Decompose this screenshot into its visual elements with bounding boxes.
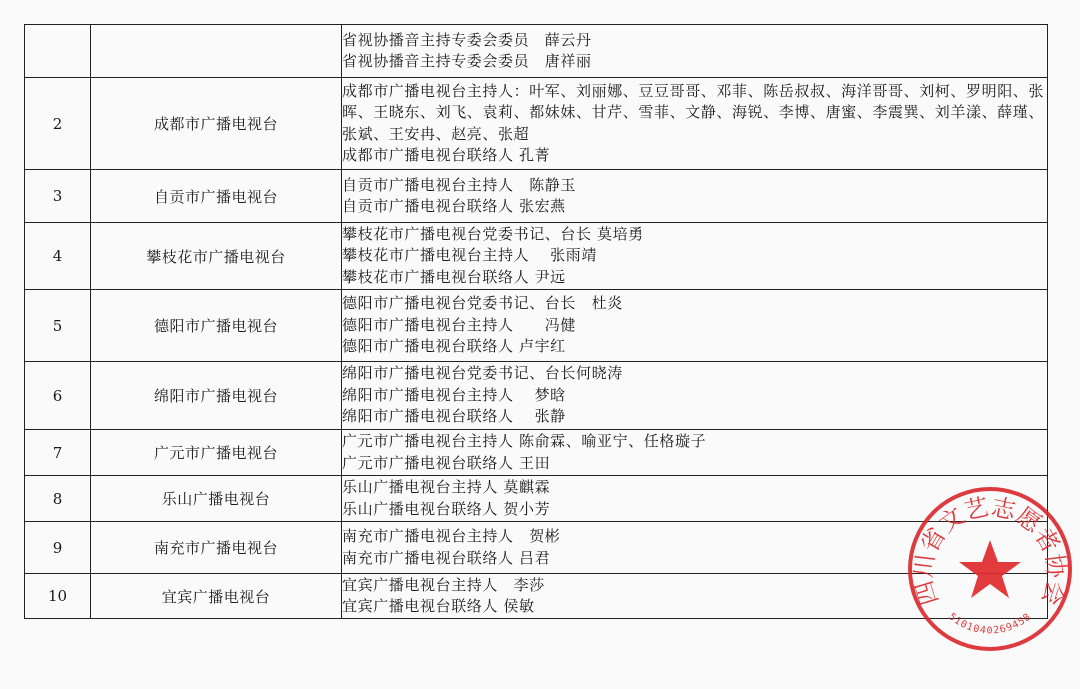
table-row: 10 宜宾广播电视台 宜宾广播电视台主持人 李莎 宜宾广播电视台联络人 侯敏 — [25, 574, 1048, 619]
detail-line: 宜宾广播电视台主持人 李莎 — [342, 575, 1047, 597]
detail-line: 自贡市广播电视台主持人 陈静玉 — [342, 175, 1047, 197]
organization-name: 绵阳市广播电视台 — [91, 362, 342, 430]
detail-line: 南充市广播电视台联络人 吕君 — [342, 548, 1047, 570]
detail-cell: 德阳市广播电视台党委书记、台长 杜炎 德阳市广播电视台主持人 冯健 德阳市广播电… — [342, 290, 1048, 362]
organization-name: 南充市广播电视台 — [91, 522, 342, 574]
detail-line: 乐山广播电视台联络人 贺小芳 — [342, 499, 1047, 521]
document-page: 省视协播音主持专委会委员 薛云丹 省视协播音主持专委会委员 唐祥丽 2 成都市广… — [0, 0, 1080, 689]
organization-name: 成都市广播电视台 — [91, 78, 342, 170]
detail-line: 绵阳市广播电视台党委书记、台长何晓涛 — [342, 363, 1047, 385]
detail-line: 省视协播音主持专委会委员 薛云丹 — [342, 30, 1047, 52]
row-number: 6 — [25, 362, 91, 430]
row-number: 4 — [25, 223, 91, 290]
table-row: 7 广元市广播电视台 广元市广播电视台主持人 陈俞霖、喻亚宁、任格璇子 广元市广… — [25, 430, 1048, 476]
detail-line: 攀枝花市广播电视台联络人 尹远 — [342, 267, 1047, 289]
organization-name: 自贡市广播电视台 — [91, 170, 342, 223]
detail-cell: 乐山广播电视台主持人 莫麒霖 乐山广播电视台联络人 贺小芳 — [342, 476, 1048, 522]
row-number: 2 — [25, 78, 91, 170]
table-row: 8 乐山广播电视台 乐山广播电视台主持人 莫麒霖 乐山广播电视台联络人 贺小芳 — [25, 476, 1048, 522]
organization-name: 德阳市广播电视台 — [91, 290, 342, 362]
table-row: 3 自贡市广播电视台 自贡市广播电视台主持人 陈静玉 自贡市广播电视台联络人 张… — [25, 170, 1048, 223]
organization-name — [91, 25, 342, 78]
detail-cell: 广元市广播电视台主持人 陈俞霖、喻亚宁、任格璇子 广元市广播电视台联络人 王田 — [342, 430, 1048, 476]
detail-line: 成都市广播电视台联络人 孔菁 — [342, 145, 1047, 167]
roster-table: 省视协播音主持专委会委员 薛云丹 省视协播音主持专委会委员 唐祥丽 2 成都市广… — [24, 24, 1048, 619]
detail-line: 宜宾广播电视台联络人 侯敏 — [342, 596, 1047, 618]
row-number — [25, 25, 91, 78]
detail-line: 绵阳市广播电视台主持人 梦晗 — [342, 385, 1047, 407]
organization-name: 攀枝花市广播电视台 — [91, 223, 342, 290]
detail-cell: 宜宾广播电视台主持人 李莎 宜宾广播电视台联络人 侯敏 — [342, 574, 1048, 619]
table-row: 4 攀枝花市广播电视台 攀枝花市广播电视台党委书记、台长 莫培勇 攀枝花市广播电… — [25, 223, 1048, 290]
row-number: 10 — [25, 574, 91, 619]
detail-cell: 省视协播音主持专委会委员 薛云丹 省视协播音主持专委会委员 唐祥丽 — [342, 25, 1048, 78]
organization-name: 广元市广播电视台 — [91, 430, 342, 476]
detail-line: 攀枝花市广播电视台党委书记、台长 莫培勇 — [342, 224, 1047, 246]
detail-cell: 攀枝花市广播电视台党委书记、台长 莫培勇 攀枝花市广播电视台主持人 张雨靖 攀枝… — [342, 223, 1048, 290]
row-number: 8 — [25, 476, 91, 522]
table-row: 5 德阳市广播电视台 德阳市广播电视台党委书记、台长 杜炎 德阳市广播电视台主持… — [25, 290, 1048, 362]
organization-name: 乐山广播电视台 — [91, 476, 342, 522]
detail-line: 广元市广播电视台联络人 王田 — [342, 453, 1047, 475]
row-number: 9 — [25, 522, 91, 574]
table-row: 2 成都市广播电视台 成都市广播电视台主持人：叶军、刘丽娜、豆豆哥哥、邓菲、陈岳… — [25, 78, 1048, 170]
detail-line: 德阳市广播电视台党委书记、台长 杜炎 — [342, 293, 1047, 315]
organization-name: 宜宾广播电视台 — [91, 574, 342, 619]
row-number: 7 — [25, 430, 91, 476]
detail-line: 攀枝花市广播电视台主持人 张雨靖 — [342, 245, 1047, 267]
detail-line: 成都市广播电视台主持人：叶军、刘丽娜、豆豆哥哥、邓菲、陈岳叔叔、海洋哥哥、刘柯、… — [342, 81, 1047, 146]
row-number: 3 — [25, 170, 91, 223]
detail-line: 南充市广播电视台主持人 贺彬 — [342, 526, 1047, 548]
detail-line: 广元市广播电视台主持人 陈俞霖、喻亚宁、任格璇子 — [342, 431, 1047, 453]
detail-cell: 成都市广播电视台主持人：叶军、刘丽娜、豆豆哥哥、邓菲、陈岳叔叔、海洋哥哥、刘柯、… — [342, 78, 1048, 170]
table-row: 6 绵阳市广播电视台 绵阳市广播电视台党委书记、台长何晓涛 绵阳市广播电视台主持… — [25, 362, 1048, 430]
detail-line: 德阳市广播电视台联络人 卢宇红 — [342, 336, 1047, 358]
detail-cell: 自贡市广播电视台主持人 陈静玉 自贡市广播电视台联络人 张宏燕 — [342, 170, 1048, 223]
detail-line: 乐山广播电视台主持人 莫麒霖 — [342, 477, 1047, 499]
detail-line: 省视协播音主持专委会委员 唐祥丽 — [342, 51, 1047, 73]
table-row: 省视协播音主持专委会委员 薛云丹 省视协播音主持专委会委员 唐祥丽 — [25, 25, 1048, 78]
detail-cell: 绵阳市广播电视台党委书记、台长何晓涛 绵阳市广播电视台主持人 梦晗 绵阳市广播电… — [342, 362, 1048, 430]
table-row: 9 南充市广播电视台 南充市广播电视台主持人 贺彬 南充市广播电视台联络人 吕君 — [25, 522, 1048, 574]
row-number: 5 — [25, 290, 91, 362]
detail-line: 自贡市广播电视台联络人 张宏燕 — [342, 196, 1047, 218]
detail-cell: 南充市广播电视台主持人 贺彬 南充市广播电视台联络人 吕君 — [342, 522, 1048, 574]
detail-line: 德阳市广播电视台主持人 冯健 — [342, 315, 1047, 337]
detail-line: 绵阳市广播电视台联络人 张静 — [342, 406, 1047, 428]
